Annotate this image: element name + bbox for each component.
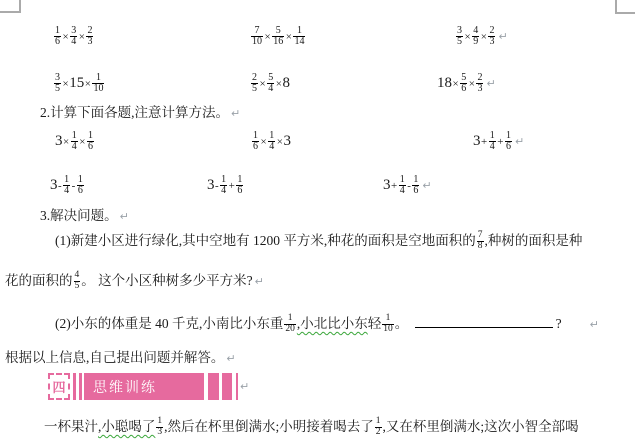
expression-content: 25×54×8 — [250, 75, 290, 91]
expression-content: 3+14+16 — [473, 133, 513, 149]
paragraph-mark: ↵ — [422, 179, 431, 192]
banner-stripe — [222, 373, 232, 400]
operator: × — [62, 71, 69, 97]
math-expression: 3+14-16↵ — [383, 172, 432, 199]
fraction: 16 — [77, 175, 84, 197]
paragraph-mark: ↵ — [498, 30, 507, 43]
problem-line: (1)新建小区进行绿化,其中空地有 1200 平方米,种花的面积是空地面积的78… — [55, 233, 582, 248]
heading-text: 2.计算下面各题,注意计算方法。 — [40, 105, 229, 120]
fraction: 56 — [460, 73, 467, 95]
math-expression: 3-14-16 — [50, 172, 85, 199]
operator: × — [260, 129, 267, 155]
fraction: 110 — [382, 314, 394, 335]
operator: × — [285, 24, 292, 50]
fraction: 35 — [456, 26, 463, 48]
math-expression: 3-14+16 — [207, 172, 244, 199]
expression-content: 710×516×114 — [250, 28, 306, 44]
problem-line: 根据以上信息,自己提出问题并解答。 — [5, 350, 224, 365]
fraction: 110 — [92, 73, 104, 95]
paragraph-mark: ↵ — [590, 318, 599, 331]
problem-text: 根据以上信息,自己提出问题并解答。↵ — [5, 347, 236, 370]
fraction: 16 — [252, 131, 259, 153]
operator: × — [275, 71, 282, 97]
operator: + — [481, 129, 488, 155]
page-corner-mark-top-right — [615, 0, 635, 14]
problem-text: (2)小东的体重是 40 千克,小南比小东重120,小北比小东轻110。 ?↵ — [55, 313, 599, 336]
section-number-badge: 四 — [48, 373, 70, 400]
paragraph-mark: ↵ — [231, 107, 240, 120]
section-heading: 2.计算下面各题,注意计算方法。↵ — [40, 102, 240, 125]
operator: × — [78, 24, 85, 50]
paragraph-mark: ↵ — [486, 77, 495, 90]
fraction: 16 — [412, 175, 419, 197]
fraction: 13 — [156, 417, 163, 438]
problem-text: (1)新建小区进行绿化,其中空地有 1200 平方米,种花的面积是空地面积的78… — [55, 230, 582, 252]
expression-content: 35×49×23 — [455, 28, 496, 44]
math-expression: 16×14×3 — [251, 128, 291, 155]
operator: - — [215, 173, 220, 199]
operator: - — [71, 173, 76, 199]
expression-content: 3+14-16 — [383, 177, 420, 193]
fraction: 12 — [375, 417, 382, 438]
operator: × — [79, 129, 86, 155]
fraction: 14 — [71, 131, 78, 153]
fraction: 14 — [220, 175, 227, 197]
operator: + — [497, 129, 504, 155]
fraction: 23 — [488, 26, 495, 48]
operator: × — [62, 24, 69, 50]
math-expression: 35×49×23↵ — [455, 23, 508, 50]
banner-stripe — [236, 373, 238, 400]
operator: × — [259, 71, 266, 97]
operator: + — [228, 173, 235, 199]
page-corner-mark-top-left — [0, 0, 21, 13]
fraction: 14 — [63, 175, 70, 197]
operator: - — [58, 173, 63, 199]
paragraph-mark: ↵ — [255, 275, 264, 288]
fraction: 120 — [284, 314, 296, 335]
fraction: 14 — [399, 175, 406, 197]
fraction: 14 — [268, 131, 275, 153]
operator: × — [468, 71, 475, 97]
problem-text: 花的面积的45。 这个小区种树多少平方米?↵ — [5, 270, 264, 293]
fraction: 710 — [251, 26, 263, 48]
operator: × — [452, 71, 459, 97]
problem-text: 一杯果汁,小聪喝了13,然后在杯里倒满水;小明接着喝去了12,又在杯里倒满水;这… — [44, 416, 579, 438]
math-expression: 18×56×23↵ — [437, 70, 496, 97]
expression-content: 18×56×23 — [437, 75, 484, 91]
operator: - — [407, 173, 412, 199]
math-expression: 710×516×114 — [250, 23, 306, 50]
problem-line: 一杯果汁,小聪喝了13,然后在杯里倒满水;小明接着喝去了12,又在杯里倒满水;这… — [44, 419, 579, 434]
banner-stripe — [73, 373, 76, 400]
spellcheck-underlined-text: ,小北比小东 — [297, 316, 368, 331]
operator: × — [63, 129, 70, 155]
fraction: 16 — [505, 131, 512, 153]
operator: + — [391, 173, 398, 199]
operator: × — [464, 24, 471, 50]
operator: × — [276, 129, 283, 155]
expression-content: 3×14×16 — [55, 133, 95, 149]
paragraph-mark: ↵ — [240, 380, 249, 393]
fraction: 16 — [54, 26, 61, 48]
fraction: 35 — [54, 73, 61, 95]
problem-line: (2)小东的体重是 40 千克,小南比小东重120,小北比小东轻110。 ? — [55, 316, 562, 331]
expression-content: 16×34×23 — [53, 28, 94, 44]
math-expression: 25×54×8 — [250, 70, 290, 97]
math-expression: 3×14×16 — [55, 128, 95, 155]
math-expression: 3+14+16↵ — [473, 128, 524, 155]
heading-text: 3.解决问题。 — [40, 208, 118, 223]
fraction: 114 — [293, 26, 305, 48]
banner-title: 思维训练 — [84, 373, 204, 400]
fraction: 16 — [236, 175, 243, 197]
operator: × — [480, 24, 487, 50]
spellcheck-underlined-text: ,小聪喝了 — [98, 419, 155, 434]
operator: × — [84, 71, 91, 97]
section-heading: 3.解决问题。↵ — [40, 205, 129, 228]
expression-content: 3-14+16 — [207, 177, 244, 193]
paragraph-mark: ↵ — [515, 135, 524, 148]
fraction: 54 — [267, 73, 274, 95]
answer-blank — [415, 313, 553, 328]
section-banner: 四 思维训练 ↵ — [48, 373, 249, 400]
fraction: 49 — [472, 26, 479, 48]
problem-line: 花的面积的45。 这个小区种树多少平方米? — [5, 273, 253, 288]
fraction: 45 — [74, 271, 81, 292]
math-expression: 16×34×23 — [53, 23, 94, 50]
fraction: 516 — [272, 26, 284, 48]
fraction: 14 — [489, 131, 496, 153]
fraction: 23 — [476, 73, 483, 95]
banner-stripe — [79, 373, 82, 400]
banner-stripe — [208, 373, 219, 400]
expression-content: 35×15×110 — [53, 75, 105, 91]
document-page[interactable]: 16×34×23 710×516×114 35×49×23↵ 35×15×110… — [0, 0, 635, 446]
math-expression: 35×15×110 — [53, 70, 105, 97]
fraction: 23 — [86, 26, 93, 48]
fraction: 16 — [87, 131, 94, 153]
fraction: 25 — [251, 73, 258, 95]
paragraph-mark: ↵ — [226, 352, 235, 365]
paragraph-mark: ↵ — [120, 210, 129, 223]
expression-content: 16×14×3 — [251, 133, 291, 149]
fraction: 78 — [477, 231, 484, 252]
fraction: 34 — [70, 26, 77, 48]
expression-content: 3-14-16 — [50, 177, 85, 193]
operator: × — [264, 24, 271, 50]
